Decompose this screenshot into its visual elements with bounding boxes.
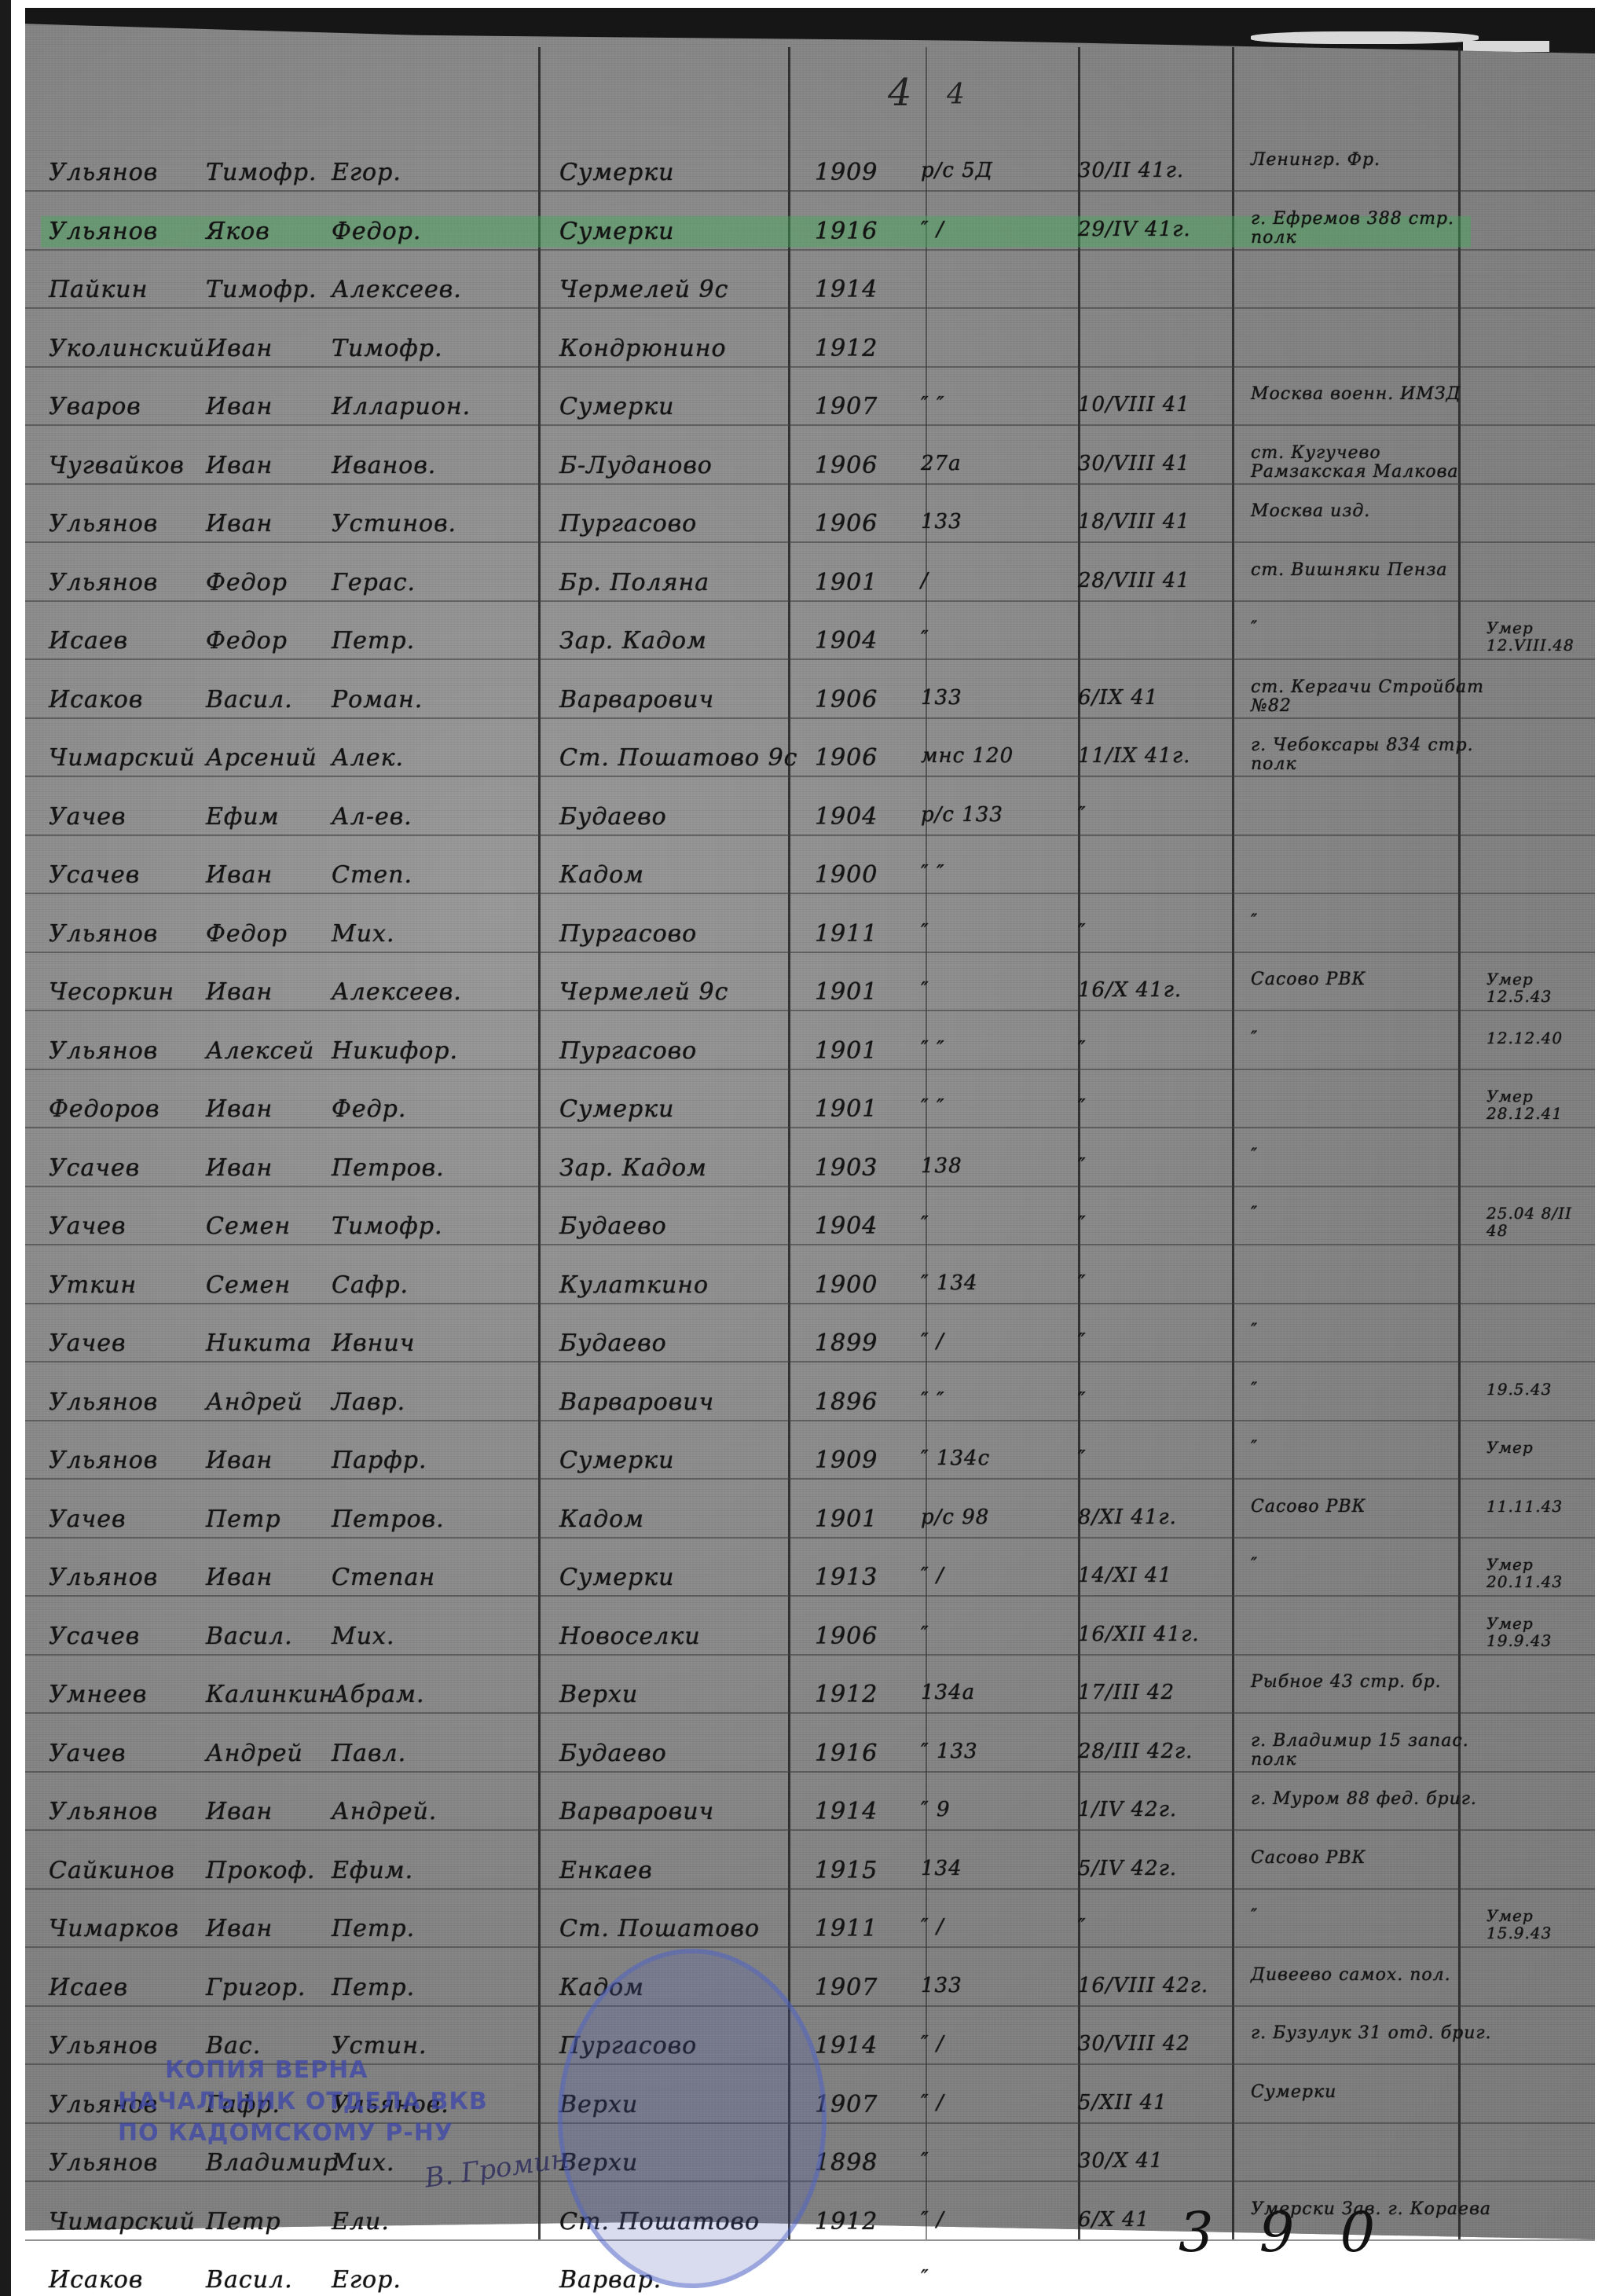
fate-cell: г. Чебоксары 834 стр. полк xyxy=(1251,736,1494,774)
birth-year-cell: 1904 xyxy=(815,1212,909,1240)
patronymic-cell: Павл. xyxy=(332,1740,567,1767)
table-row: УколинскийИванТимофр.Кондрюнино1912 xyxy=(25,327,1595,369)
note-cell: Умер 28.12.41 xyxy=(1487,1087,1597,1122)
surname-cell: Ульянов xyxy=(49,1037,222,1065)
unit-cell: р/с 5Д xyxy=(921,159,1070,182)
birth-year-cell: 1896 xyxy=(815,1388,909,1416)
fate-cell: ″ xyxy=(1251,1556,1494,1575)
fate-cell: г. Бузулук 31 отд. бриг. xyxy=(1251,2024,1494,2043)
unit-cell: 134 xyxy=(921,1857,1070,1880)
patronymic-cell: Петр. xyxy=(332,1974,567,2001)
unit-cell: ″ xyxy=(921,627,1070,651)
birth-year-cell: 1914 xyxy=(815,2032,909,2059)
name-cell: Васил. xyxy=(206,1623,324,1650)
birth-year-cell: 1906 xyxy=(815,452,909,479)
stamp-line: КОПИЯ ВЕРНА xyxy=(118,2055,495,2086)
village-cell: Будаево xyxy=(559,1740,811,1767)
date-cell: 30/VIII 41 xyxy=(1078,452,1251,475)
name-cell: Ефим xyxy=(206,803,324,831)
table-row: УачевСеменТимофр.Будаево1904″″″25.04 8/I… xyxy=(25,1205,1595,1247)
patronymic-cell: Петр. xyxy=(332,1915,567,1942)
fate-cell: Сумерки xyxy=(1251,2083,1494,2102)
date-cell: ″ xyxy=(1078,1271,1251,1295)
table-row: ЧимарскийАрсенийАлек.Ст. Пошатово 9с1906… xyxy=(25,736,1595,779)
date-cell: 6/IX 41 xyxy=(1078,686,1251,710)
fate-cell: г. Владимир 15 запас. полк xyxy=(1251,1732,1494,1770)
table-row: ИсаевФедорПетр.Зар. Кадом1904″″Умер 12.V… xyxy=(25,619,1595,662)
surname-cell: Ульянов xyxy=(49,1798,222,1825)
name-cell: Петр xyxy=(206,2208,324,2235)
birth-year-cell: 1916 xyxy=(815,218,909,245)
birth-year-cell: 1906 xyxy=(815,686,909,713)
date-cell: 10/VIII 41 xyxy=(1078,393,1251,416)
table-row: ИсаковВасил.Роман.Варварович19061336/IX … xyxy=(25,678,1595,721)
round-seal-stamp xyxy=(558,1949,827,2288)
village-cell: Сумерки xyxy=(559,393,811,420)
village-cell: Чермелей 9с xyxy=(559,276,811,303)
village-cell: Варварович xyxy=(559,1388,811,1416)
name-cell: Иван xyxy=(206,1447,324,1474)
table-row: УльяновФедорГерас.Бр. Поляна1901/28/VIII… xyxy=(25,561,1595,603)
unit-cell: ″ / xyxy=(921,1915,1070,1938)
date-cell: ″ xyxy=(1078,1037,1251,1061)
surname-cell: Ульянов xyxy=(49,1564,222,1591)
village-cell: Пургасово xyxy=(559,920,811,948)
name-cell: Прокоф. xyxy=(206,1857,324,1884)
date-cell: 5/IV 42г. xyxy=(1078,1857,1251,1880)
surname-cell: Пайкин xyxy=(49,276,222,303)
name-cell: Федор xyxy=(206,627,324,655)
unit-cell: ″ xyxy=(921,1212,1070,1236)
birth-year-cell: 1906 xyxy=(815,1623,909,1650)
village-cell: Зар. Кадом xyxy=(559,1154,811,1182)
birth-year-cell: 1901 xyxy=(815,1506,909,1533)
birth-year-cell: 1907 xyxy=(815,1974,909,2001)
unit-cell: ″ ″ xyxy=(921,1388,1070,1412)
date-cell: 17/III 42 xyxy=(1078,1681,1251,1704)
patronymic-cell: Ефим. xyxy=(332,1857,567,1884)
surname-cell: Уачев xyxy=(49,1212,222,1240)
birth-year-cell: 1901 xyxy=(815,569,909,596)
patronymic-cell: Никифор. xyxy=(332,1037,567,1065)
unit-cell: ″ ″ xyxy=(921,1037,1070,1061)
date-cell: 1/IV 42г. xyxy=(1078,1798,1251,1821)
date-cell: 30/II 41г. xyxy=(1078,159,1251,182)
name-cell: Яков xyxy=(206,218,324,245)
date-cell: 5/XII 41 xyxy=(1078,2091,1251,2114)
name-cell: Семен xyxy=(206,1212,324,1240)
name-cell: Федор xyxy=(206,920,324,948)
certification-stamp: КОПИЯ ВЕРНА НАЧАЛЬНИК ОТДЕЛА ВКВ ПО КАДО… xyxy=(118,2055,495,2165)
village-cell: Сумерки xyxy=(559,1447,811,1474)
table-row: УльяновИванУстинов.Пургасово190613318/VI… xyxy=(25,502,1595,545)
table-row: УачевАндрейПавл.Будаево1916″ 13328/III 4… xyxy=(25,1732,1595,1774)
surname-cell: Уваров xyxy=(49,393,222,420)
fate-cell: ст. Вишняки Пенза xyxy=(1251,561,1494,580)
name-cell: Никита xyxy=(206,1330,324,1357)
table-row: УсачевИванСтеп.Кадом1900″ ″ xyxy=(25,853,1595,896)
patronymic-cell: Андрей. xyxy=(332,1798,567,1825)
fate-cell: Сасово РВК xyxy=(1251,1849,1494,1868)
fate-cell: г. Ефремов 388 стр. полк xyxy=(1251,210,1494,248)
patronymic-cell: Тимофр. xyxy=(332,1212,567,1240)
fate-cell: ″ xyxy=(1251,1205,1494,1223)
note-cell: Умер 12.VIII.48 xyxy=(1487,619,1597,654)
surname-cell: Уачев xyxy=(49,1330,222,1357)
unit-cell: ″ / xyxy=(921,1330,1070,1353)
date-cell: 16/X 41г. xyxy=(1078,978,1251,1002)
date-cell: 11/IX 41г. xyxy=(1078,744,1251,768)
date-cell: ″ xyxy=(1078,803,1251,827)
note-cell: Умер xyxy=(1487,1439,1597,1456)
patronymic-cell: Тимофр. xyxy=(332,335,567,362)
patronymic-cell: Абрам. xyxy=(332,1681,567,1708)
table-row: ПайкинТимофр.Алексеев.Чермелей 9с1914 xyxy=(25,268,1595,310)
surname-cell: Усачев xyxy=(49,861,222,889)
unit-cell: 133 xyxy=(921,510,1070,534)
date-cell: 28/III 42г. xyxy=(1078,1740,1251,1763)
name-cell: Васил. xyxy=(206,686,324,713)
table-row: УльяновФедорМих.Пургасово1911″″″ xyxy=(25,912,1595,955)
birth-year-cell: 1916 xyxy=(815,1740,909,1767)
date-cell: ″ xyxy=(1078,1388,1251,1412)
surname-cell: Сайкинов xyxy=(49,1857,222,1884)
name-cell: Калинкин xyxy=(206,1681,324,1708)
unit-cell: р/с 133 xyxy=(921,803,1070,827)
patronymic-cell: Петров. xyxy=(332,1154,567,1182)
patronymic-cell: Устинов. xyxy=(332,510,567,537)
header-mark: 4 xyxy=(888,71,912,115)
fate-cell: ″ xyxy=(1251,1439,1494,1458)
patronymic-cell: Мих. xyxy=(332,1623,567,1650)
name-cell: Алексей xyxy=(206,1037,324,1065)
birth-year-cell: 1901 xyxy=(815,978,909,1006)
birth-year-cell: 1898 xyxy=(815,2149,909,2177)
village-cell: Варварович xyxy=(559,686,811,713)
village-cell: Сумерки xyxy=(559,218,811,245)
village-cell: Сумерки xyxy=(559,1564,811,1591)
fate-cell: Москва военн. ИМЗД xyxy=(1251,385,1494,404)
note-cell: Умер 20.11.43 xyxy=(1487,1556,1597,1590)
unit-cell: ″ / xyxy=(921,2091,1070,2114)
surname-cell: Исаев xyxy=(49,627,222,655)
table-row: УльяновИванСтепанСумерки1913″ /14/XI 41″… xyxy=(25,1556,1595,1598)
village-cell: Будаево xyxy=(559,1212,811,1240)
village-cell: Кондрюнино xyxy=(559,335,811,362)
name-cell: Иван xyxy=(206,978,324,1006)
name-cell: Тимофр. xyxy=(206,159,324,186)
name-cell: Иван xyxy=(206,1564,324,1591)
patronymic-cell: Алексеев. xyxy=(332,978,567,1006)
note-cell: 19.5.43 xyxy=(1487,1381,1597,1398)
table-row: УачевПетрПетров.Кадом1901р/с 988/XI 41г.… xyxy=(25,1498,1595,1540)
birth-year-cell: 1904 xyxy=(815,627,909,655)
birth-year-cell: 1904 xyxy=(815,803,909,831)
village-cell: Кадом xyxy=(559,1506,811,1533)
birth-year-cell: 1900 xyxy=(815,861,909,889)
village-cell: Зар. Кадом xyxy=(559,627,811,655)
fate-cell: ст. Кергачи Стройбат №82 xyxy=(1251,678,1494,716)
patronymic-cell: Петр. xyxy=(332,627,567,655)
note-cell: 25.04 8/II 48 xyxy=(1487,1205,1597,1239)
birth-year-cell: 1907 xyxy=(815,393,909,420)
village-cell: Новоселки xyxy=(559,1623,811,1650)
village-cell: Кулаткино xyxy=(559,1271,811,1299)
birth-year-cell: 1912 xyxy=(815,2208,909,2235)
note-cell: Умер 15.9.43 xyxy=(1487,1907,1597,1942)
unit-cell: ″ 9 xyxy=(921,1798,1070,1821)
birth-year-cell: 1913 xyxy=(815,1564,909,1591)
table-row: УсачевИванПетров.Зар. Кадом1903138″″ xyxy=(25,1146,1595,1189)
surname-cell: Усачев xyxy=(49,1623,222,1650)
unit-cell: 133 xyxy=(921,686,1070,710)
name-cell: Григор. xyxy=(206,1974,324,2001)
surname-cell: Ульянов xyxy=(49,1388,222,1416)
name-cell: Андрей xyxy=(206,1740,324,1767)
date-cell: ″ xyxy=(1078,1330,1251,1353)
date-cell: ″ xyxy=(1078,1447,1251,1470)
table-row: УльяновТимофр.Егор.Сумерки1909р/с 5Д30/I… xyxy=(25,151,1595,193)
date-cell: 28/VIII 41 xyxy=(1078,569,1251,592)
surname-cell: Уколинский xyxy=(49,335,222,362)
village-cell: Енкаев xyxy=(559,1857,811,1884)
fate-cell: ″ xyxy=(1251,912,1494,931)
village-cell: Б-Луданово xyxy=(559,452,811,479)
patronymic-cell: Ивнич xyxy=(332,1330,567,1357)
surname-cell: Чимарков xyxy=(49,1915,222,1942)
fate-cell: ″ xyxy=(1251,1322,1494,1341)
patronymic-cell: Мих. xyxy=(332,920,567,948)
birth-year-cell: 1912 xyxy=(815,335,909,362)
patronymic-cell: Ал-ев. xyxy=(332,803,567,831)
surname-cell: Чесоркин xyxy=(49,978,222,1006)
table-row: ЧугвайковИванИванов.Б-Луданово190627а30/… xyxy=(25,444,1595,486)
unit-cell: ″ / xyxy=(921,1564,1070,1587)
surname-cell: Ульянов xyxy=(49,159,222,186)
name-cell: Андрей xyxy=(206,1388,324,1416)
name-cell: Иван xyxy=(206,1095,324,1123)
birth-year-cell: 1901 xyxy=(815,1037,909,1065)
patronymic-cell: Степан xyxy=(332,1564,567,1591)
unit-cell: 134а xyxy=(921,1681,1070,1704)
name-cell: Васил. xyxy=(206,2266,324,2294)
surname-cell: Исаков xyxy=(49,686,222,713)
birth-year-cell: 1900 xyxy=(815,1271,909,1299)
birth-year-cell: 1899 xyxy=(815,1330,909,1357)
date-cell: ″ xyxy=(1078,920,1251,944)
scan-left-edge xyxy=(0,0,11,2296)
name-cell: Иван xyxy=(206,510,324,537)
table-row: УваровИванИлларион.Сумерки1907″ ″10/VIII… xyxy=(25,385,1595,427)
date-cell: 14/XI 41 xyxy=(1078,1564,1251,1587)
page-number: 3 9 0 xyxy=(1179,2200,1389,2265)
surname-cell: Исаков xyxy=(49,2266,222,2294)
village-cell: Пургасово xyxy=(559,1037,811,1065)
table-row: УльяновИванПарфр.Сумерки1909″ 134с″″Умер xyxy=(25,1439,1595,1481)
name-cell: Иван xyxy=(206,1798,324,1825)
unit-cell: р/с 98 xyxy=(921,1506,1070,1529)
surname-cell: Уачев xyxy=(49,1506,222,1533)
table-row: ЧесоркинИванАлексеев.Чермелей 9с1901″16/… xyxy=(25,970,1595,1013)
patronymic-cell: Егор. xyxy=(332,2266,567,2294)
fate-cell: Дивеево самох. пол. xyxy=(1251,1966,1494,1985)
patronymic-cell: Алексеев. xyxy=(332,276,567,303)
unit-cell: ″ xyxy=(921,920,1070,944)
table-row: ЧимарковИванПетр.Ст. Пошатово1911″ /″″Ум… xyxy=(25,1907,1595,1949)
name-cell: Иван xyxy=(206,335,324,362)
table-row: УльяновАлексейНикифор.Пургасово1901″ ″″″… xyxy=(25,1029,1595,1072)
date-cell: 16/VIII 42г. xyxy=(1078,1974,1251,1997)
table-row: УсачевВасил.Мих.Новоселки1906″16/XII 41г… xyxy=(25,1615,1595,1657)
table-row: СайкиновПрокоф.Ефим.Енкаев19151345/IV 42… xyxy=(25,1849,1595,1891)
date-cell: ″ xyxy=(1078,1095,1251,1119)
birth-year-cell: 1909 xyxy=(815,1447,909,1474)
birth-year-cell: 1901 xyxy=(815,1095,909,1123)
date-cell: 8/XI 41г. xyxy=(1078,1506,1251,1529)
date-cell: 30/X 41 xyxy=(1078,2149,1251,2173)
patronymic-cell: Егор. xyxy=(332,159,567,186)
village-cell: Ст. Пошатово xyxy=(559,1915,811,1942)
surname-cell: Ульянов xyxy=(49,569,222,596)
unit-cell: ″ / xyxy=(921,218,1070,241)
unit-cell: ″ xyxy=(921,1623,1070,1646)
village-cell: Будаево xyxy=(559,1330,811,1357)
unit-cell: ″ xyxy=(921,978,1070,1002)
note-cell: Умер 12.5.43 xyxy=(1487,970,1597,1005)
date-cell: ″ xyxy=(1078,1915,1251,1938)
unit-cell: ″ xyxy=(921,2266,1070,2290)
patronymic-cell: Степ. xyxy=(332,861,567,889)
fate-cell: Сасово РВК xyxy=(1251,970,1494,989)
surname-cell: Уачев xyxy=(49,803,222,831)
unit-cell: / xyxy=(921,569,1070,592)
unit-cell: ″ / xyxy=(921,2032,1070,2056)
surname-cell: Ульянов xyxy=(49,218,222,245)
fate-cell: ст. Кугучево Рамзакская Малкова xyxy=(1251,444,1494,482)
birth-year-cell: 1907 xyxy=(815,2091,909,2118)
note-cell: Умер 19.9.43 xyxy=(1487,1615,1597,1649)
surname-cell: Уткин xyxy=(49,1271,222,1299)
table-row: УачевНикитаИвничБудаево1899″ /″″ xyxy=(25,1322,1595,1364)
village-cell: Чермелей 9с xyxy=(559,978,811,1006)
stamp-line: ПО КАДОМСКОМУ Р-НУ xyxy=(118,2118,495,2149)
date-cell: ″ xyxy=(1078,1154,1251,1178)
patronymic-cell: Ели. xyxy=(332,2208,567,2235)
name-cell: Арсений xyxy=(206,744,324,772)
name-cell: Тимофр. xyxy=(206,276,324,303)
date-cell: 30/VIII 42 xyxy=(1078,2032,1251,2056)
table-row: ФедоровИванФедр.Сумерки1901″ ″″Умер 28.1… xyxy=(25,1087,1595,1130)
surname-cell: Чугвайков xyxy=(49,452,222,479)
note-cell: 12.12.40 xyxy=(1487,1029,1597,1047)
table-row: УткинСеменСафр.Кулаткино1900″ 134″ xyxy=(25,1264,1595,1306)
header-mark: 4 xyxy=(947,79,965,111)
table-row: УльяновЯковФедор.Сумерки1916″ /29/IV 41г… xyxy=(25,210,1595,252)
unit-cell: ″ ″ xyxy=(921,1095,1070,1119)
table-row: УмнеевКалинкинАбрам.Верхи1912134а17/III … xyxy=(25,1673,1595,1715)
village-cell: Сумерки xyxy=(559,1095,811,1123)
scan-smudge xyxy=(1251,31,1479,44)
unit-cell: ″ ″ xyxy=(921,393,1070,416)
surname-cell: Ульянов xyxy=(49,1447,222,1474)
birth-year-cell: 1906 xyxy=(815,510,909,537)
surname-cell: Уачев xyxy=(49,1740,222,1767)
village-cell: Сумерки xyxy=(559,159,811,186)
surname-cell: Умнеев xyxy=(49,1681,222,1708)
stamp-line: НАЧАЛЬНИК ОТДЕЛА ВКВ xyxy=(118,2086,495,2118)
table-row: УльяновИванАндрей.Варварович1914″ 91/IV … xyxy=(25,1790,1595,1832)
fate-cell: Рыбное 43 стр. бр. xyxy=(1251,1673,1494,1692)
fate-cell: ″ xyxy=(1251,1907,1494,1926)
unit-cell: 133 xyxy=(921,1974,1070,1997)
unit-cell: ″ 134 xyxy=(921,1271,1070,1295)
name-cell: Иван xyxy=(206,452,324,479)
unit-cell: ″ xyxy=(921,2149,1070,2173)
surname-cell: Ульянов xyxy=(49,920,222,948)
village-cell: Будаево xyxy=(559,803,811,831)
name-cell: Иван xyxy=(206,1154,324,1182)
table-row: УачевЕфимАл-ев.Будаево1904р/с 133″ xyxy=(25,795,1595,838)
patronymic-cell: Иванов. xyxy=(332,452,567,479)
birth-year-cell: 1909 xyxy=(815,159,909,186)
date-cell: 29/IV 41г. xyxy=(1078,218,1251,241)
fate-cell: г. Муром 88 фед. бриг. xyxy=(1251,1790,1494,1809)
birth-year-cell: 1906 xyxy=(815,744,909,772)
date-cell: 18/VIII 41 xyxy=(1078,510,1251,534)
name-cell: Иван xyxy=(206,861,324,889)
name-cell: Петр xyxy=(206,1506,324,1533)
birth-year-cell: 1912 xyxy=(815,1681,909,1708)
scan-smudge xyxy=(1463,41,1549,52)
unit-cell: ″ 133 xyxy=(921,1740,1070,1763)
patronymic-cell: Герас. xyxy=(332,569,567,596)
name-cell: Федор xyxy=(206,569,324,596)
patronymic-cell: Петров. xyxy=(332,1506,567,1533)
village-cell: Верхи xyxy=(559,1681,811,1708)
patronymic-cell: Федр. xyxy=(332,1095,567,1123)
note-cell: 11.11.43 xyxy=(1487,1498,1597,1515)
unit-cell: ″ / xyxy=(921,2208,1070,2232)
date-cell: 16/XII 41г. xyxy=(1078,1623,1251,1646)
village-cell: Варварович xyxy=(559,1798,811,1825)
patronymic-cell: Алек. xyxy=(332,744,567,772)
unit-cell: мнс 120 xyxy=(921,744,1070,768)
fate-cell: ″ xyxy=(1251,1381,1494,1399)
surname-cell: Усачев xyxy=(49,1154,222,1182)
surname-cell: Ульянов xyxy=(49,510,222,537)
surname-cell: Исаев xyxy=(49,1974,222,2001)
surname-cell: Федоров xyxy=(49,1095,222,1123)
patronymic-cell: Федор. xyxy=(332,218,567,245)
surname-cell: Чимарский xyxy=(49,2208,222,2235)
patronymic-cell: Парфр. xyxy=(332,1447,567,1474)
fate-cell: ″ xyxy=(1251,1146,1494,1165)
patronymic-cell: Роман. xyxy=(332,686,567,713)
unit-cell: 27а xyxy=(921,452,1070,475)
birth-year-cell: 1914 xyxy=(815,1798,909,1825)
name-cell: Иван xyxy=(206,1915,324,1942)
fate-cell: Сасово РВК xyxy=(1251,1498,1494,1517)
village-cell: Ст. Пошатово 9с xyxy=(559,744,811,772)
birth-year-cell: 1915 xyxy=(815,1857,909,1884)
village-cell: Пургасово xyxy=(559,510,811,537)
table-row: УльяновАндрейЛавр.Варварович1896″ ″″″19.… xyxy=(25,1381,1595,1423)
village-cell: Кадом xyxy=(559,861,811,889)
surname-cell: Чимарский xyxy=(49,744,222,772)
name-cell: Иван xyxy=(206,393,324,420)
fate-cell: ″ xyxy=(1251,1029,1494,1048)
unit-cell: 138 xyxy=(921,1154,1070,1178)
